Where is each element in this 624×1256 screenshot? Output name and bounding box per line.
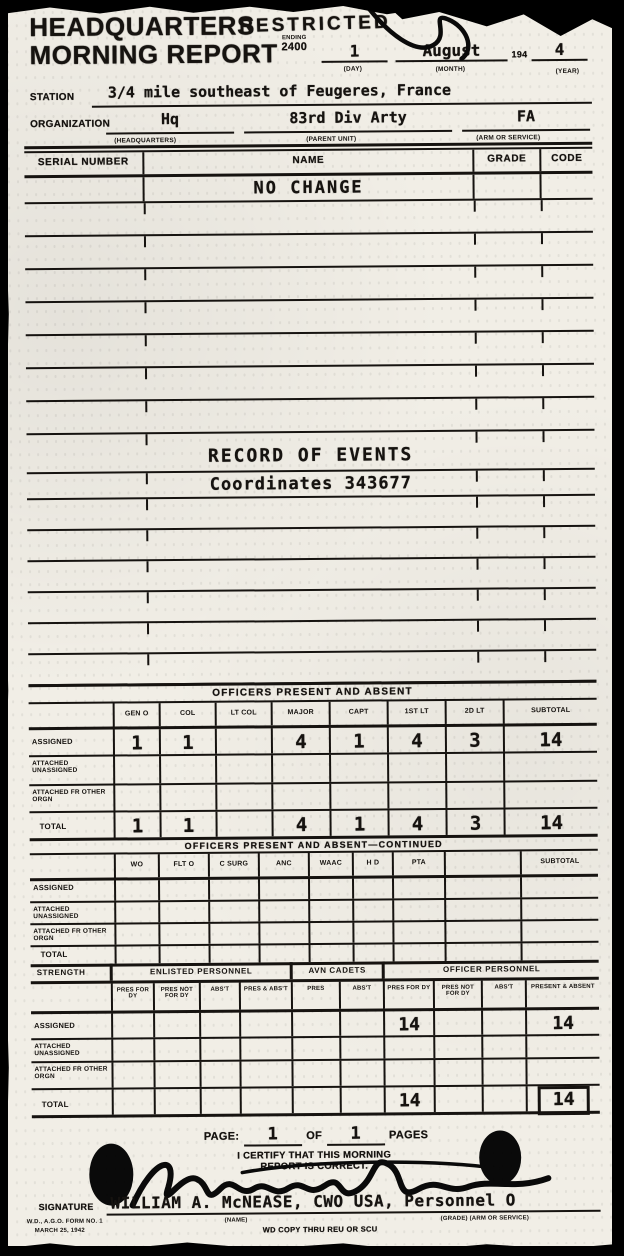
officers-cell [389,783,447,808]
officers-cell: 4 [389,810,447,835]
strength-cell: 14 [527,1010,599,1035]
officers-cell [447,782,505,807]
officers-continued-cell [522,899,598,920]
officers-continued-cell [310,901,354,921]
strength-cell [527,1036,599,1058]
officers-continued-cell [260,901,310,921]
officers-cell [115,756,161,783]
officers-continued-col-header: WO [116,854,160,877]
strength-row-label: ATTACHED UNASSIGNED [31,1040,113,1062]
organization-arm-field: FA [462,107,590,132]
blank-rule-row [25,299,593,336]
pages-label: PAGES [389,1129,428,1141]
roster-code-cell [541,174,592,198]
strength-cell [293,1038,341,1059]
copy-note: WD COPY THRU REU OR SCU [263,1224,378,1234]
officers-cell: 1 [161,729,217,754]
strength-group-officer: OFFICER PERSONNEL [385,960,599,979]
strength-cell: 14 [385,1011,435,1035]
officers-cell: 1 [115,729,161,754]
blank-roster-rows-upper: RECORD OF EVENTS Coordinates 343677 [25,200,597,686]
blank-rule-row [28,620,596,655]
officers-continued-cell [116,880,160,900]
page-number: 1 [244,1124,302,1146]
officers-continued-row-label: TOTAL [31,947,117,965]
officers-continued-col-header: C SURG [210,853,260,876]
officers-continued-cell [160,880,210,900]
strength-subheader: PRES NOT FOR DY [435,981,483,1008]
ending-time: 2400 [281,41,307,53]
officers-cell: 4 [389,727,447,752]
strength-row-label: ATTACHED FR OTHER ORGN [31,1063,113,1089]
strength-cell [241,1061,293,1086]
officers-continued-cell [522,921,598,942]
officers-cell [161,785,217,810]
strength-cell [385,1060,435,1085]
officers-continued-cell [446,877,522,898]
strength-subheader: ABS'T [483,980,527,1007]
strength-subheader: PRES & ABS'T [241,982,293,1009]
roster-grade-cell [474,174,541,199]
strength-cell [113,1062,155,1087]
officers-continued-cell [310,923,354,943]
officers-continued-cell [160,902,210,922]
blank-rule-row [28,589,596,624]
strength-cell: 14 [386,1087,436,1112]
strength-cell [201,1013,241,1037]
officers-continued-cell [355,944,395,961]
officers-continued-col-header: PTA [394,852,446,875]
officers-row-label: ATTACHED FR OTHER ORGN [29,786,115,812]
officers-continued-col-header: FLT O [160,854,210,877]
officers-continued-cell [210,923,260,943]
officers-row-label: ATTACHED UNASSIGNED [29,757,115,785]
blank-rule-row [27,527,595,562]
strength-cell [241,1012,293,1036]
officers-cell [217,728,273,753]
signature-name-field: WILLIAM A. McNEASE, CWO USA, Personnel O [106,1190,600,1216]
officers-continued-row-label: ASSIGNED [30,881,116,902]
restricted-stamp: RESTRICTED [239,12,391,38]
officers-table: OFFICERS PRESENT AND ABSENT GEN O COL LT… [28,680,597,841]
grade-arm-sublabel: (GRADE) (ARM OR SERVICE) [441,1215,529,1222]
roster-serial-cell [24,177,144,202]
page-total: 1 [326,1123,384,1145]
date-month-field: August [395,40,507,62]
officers-continued-table: OFFICERS PRESENT AND ABSENT—CONTINUED WO… [30,836,599,967]
form-title-morning-report: MORNING REPORT [29,38,277,71]
strength-cell [483,1036,527,1057]
blank-rule-row [25,233,593,270]
officers-continued-col-header [446,851,522,875]
organization-label: ORGANIZATION [30,119,110,131]
officers-cell: 14 [505,809,597,835]
blank-rule-row [26,332,594,369]
station-label: STATION [30,92,75,103]
roster-col-grade: GRADE [474,149,541,172]
officers-continued-cell [211,945,261,962]
officers-cell [331,783,389,808]
strength-total-value: 14 [541,1089,587,1112]
officers-continued-col-header: ANC [260,853,310,876]
strength-cell [484,1086,528,1111]
officers-continued-cell [260,923,310,943]
roster-no-change-entry: NO CHANGE [144,175,474,202]
scanned-morning-report: { "colors": { "paper": "#f1eee6", "ink":… [0,0,624,1256]
officers-continued-cell [447,943,523,961]
officers-cell: 3 [447,809,505,834]
officers-cell: 4 [273,728,331,753]
headquarters-sublabel: (HEADQUARTERS) [114,137,176,144]
officers-cell [505,753,597,781]
form-number: W.D., A.G.O. FORM NO. 1 [27,1219,103,1226]
officers-cell [389,754,447,781]
officers-cell [505,782,597,808]
officers-continued-cell [161,946,211,963]
month-sublabel: (MONTH) [436,66,466,73]
document-paper: HEADQUARTERS RESTRICTED MORNING REPORT E… [8,4,612,1246]
officers-continued-cell [354,900,394,920]
strength-subheader: PRESENT & ABSENT [527,980,599,1008]
officers-cell: 1 [115,812,161,837]
officers-continued-row-label: ATTACHED FR OTHER ORGN [30,925,116,946]
strength-cell [435,1060,483,1085]
officers-continued-cell [446,921,522,942]
strength-cell [341,1060,385,1085]
officers-continued-header-blank [30,855,116,879]
roster-col-serial-number: SERIAL NUMBER [24,152,144,175]
strength-subheader: ABS'T [341,981,385,1008]
officers-continued-row-label: ATTACHED UNASSIGNED [30,903,116,924]
date-day-field: 1 [321,41,387,63]
strength-cell [527,1059,599,1085]
strength-total-boxed-cell: 14 [528,1086,600,1112]
officers-row-label: ASSIGNED [29,730,115,756]
strength-row-label: ASSIGNED [31,1014,113,1039]
officers-cell [273,755,331,782]
officers-cell [217,784,273,809]
strength-group-label: STRENGTH [31,964,113,982]
strength-subheader: ABS'T [201,983,241,1010]
strength-cell [483,1010,527,1034]
strength-cell [241,1038,293,1059]
officers-continued-cell [394,922,446,942]
ending-2400-label: ENDING 2400 [281,35,307,53]
officers-col-header: LT COL [217,702,273,725]
officers-continued-cell [261,945,311,962]
strength-cell [113,1039,155,1060]
officers-cell: 1 [331,727,389,752]
officers-cell: 14 [505,726,597,752]
ink-blot-right [479,1130,521,1184]
strength-cell [436,1087,484,1112]
strength-subheader: PRES NOT FOR DY [155,983,201,1010]
officers-continued-cell [310,879,354,899]
officers-continued-cell [354,878,394,898]
officers-continued-cell [116,902,160,922]
strength-cell [114,1089,156,1114]
strength-cell [242,1088,294,1113]
roster-col-code: CODE [541,149,592,171]
strength-subheader-blank [31,984,113,1012]
officers-continued-cell [311,945,355,962]
officers-col-header: MAJOR [273,702,331,725]
strength-group-enlisted: ENLISTED PERSONNEL [113,962,293,980]
strength-cell [435,1037,483,1058]
strength-cell [155,1039,201,1060]
officers-continued-cell [394,878,446,898]
blank-rule-row [26,365,594,402]
strength-cell [293,1061,341,1086]
strength-cell [113,1013,155,1037]
strength-cell [293,1012,341,1036]
strength-cell [155,1013,201,1037]
strength-cell [435,1011,483,1035]
strength-cell [483,1059,527,1084]
strength-table: STRENGTH ENLISTED PERSONNEL AVN CADETS O… [31,960,600,1118]
officers-continued-col-header: SUBTOTAL [522,851,598,875]
officers-continued-cell [394,900,446,920]
officers-continued-cell [160,924,210,944]
name-sublabel: (NAME) [225,1218,248,1224]
officers-continued-cell [446,899,522,920]
officers-header-blank [29,704,115,728]
officers-col-header: SUBTOTAL [505,700,597,724]
blank-rule-row [25,266,593,303]
record-of-events-title: RECORD OF EVENTS [27,431,595,474]
officers-cell [115,785,161,810]
station-field: 3/4 mile southeast of Feugeres, France [92,80,592,108]
organization-parent-field: 83rd Div Arty [244,108,452,134]
strength-cell [294,1088,342,1113]
officers-cell: 3 [447,726,505,751]
strength-cell [385,1037,435,1058]
officers-cell [217,811,273,836]
strength-cell [342,1087,386,1112]
strength-subheader: PRES FOR DY [113,983,155,1010]
officers-continued-cell [395,944,447,961]
strength-cell [201,1039,241,1060]
officers-continued-cell [210,879,260,899]
form-date: MARCH 25, 1942 [35,1228,85,1234]
strength-group-cadets: AVN CADETS [293,961,385,979]
of-label: OF [306,1130,322,1142]
roster-col-name: NAME [144,150,474,175]
officers-cell [447,753,505,780]
blank-rule-row [27,496,595,531]
officers-cell [217,755,273,782]
officers-continued-cell [210,901,260,921]
year-sublabel: (YEAR) [556,68,580,75]
officers-continued-cell [354,922,394,942]
strength-subheader: PRES FOR DY [385,981,435,1008]
strength-cell [155,1062,201,1087]
year-printed-prefix: 194 [511,49,527,59]
officers-cell [331,754,389,781]
organization-unit-field: Hq [106,110,234,135]
blank-rule-row [25,200,593,237]
officers-cell [161,756,217,783]
officers-col-header: 2D LT [447,700,505,723]
strength-row-label: TOTAL [32,1090,114,1116]
officers-continued-cell [523,943,599,961]
blank-rule-row [27,558,595,593]
officers-cell: 1 [161,812,217,837]
strength-cell [201,1062,241,1087]
strength-cell [202,1089,242,1114]
blank-rule-row [26,398,594,435]
officers-continued-cell [260,879,310,899]
strength-subheader: PRES [293,982,341,1009]
officers-continued-col-header: H D [354,852,394,875]
officers-continued-cell [522,877,598,898]
officers-row-label: TOTAL [29,813,115,839]
officers-continued-cell [117,946,161,963]
officers-col-header: CAPT [331,701,389,724]
signature-label: SIGNATURE [39,1202,94,1212]
officers-cell [273,784,331,809]
officers-col-header: COL [161,703,217,726]
officers-continued-cell [116,924,160,944]
officers-col-header: 1ST LT [389,701,447,724]
roster-table: SERIAL NUMBER NAME GRADE CODE NO CHANGE [24,149,592,204]
date-year-field: 4 [531,40,587,61]
arm-or-service-sublabel: (ARM OR SERVICE) [476,134,540,142]
parent-unit-sublabel: (PARENT UNIT) [306,136,356,143]
strength-cell [341,1037,385,1058]
officers-cell: 4 [273,811,331,836]
officers-continued-col-header: WAAC [310,853,354,876]
day-sublabel: (DAY) [344,66,363,73]
strength-cell [156,1089,202,1114]
officers-col-header: GEN O [115,703,161,726]
page-label: PAGE: [204,1131,240,1143]
strength-cell [341,1011,385,1035]
officers-cell: 1 [331,810,389,835]
